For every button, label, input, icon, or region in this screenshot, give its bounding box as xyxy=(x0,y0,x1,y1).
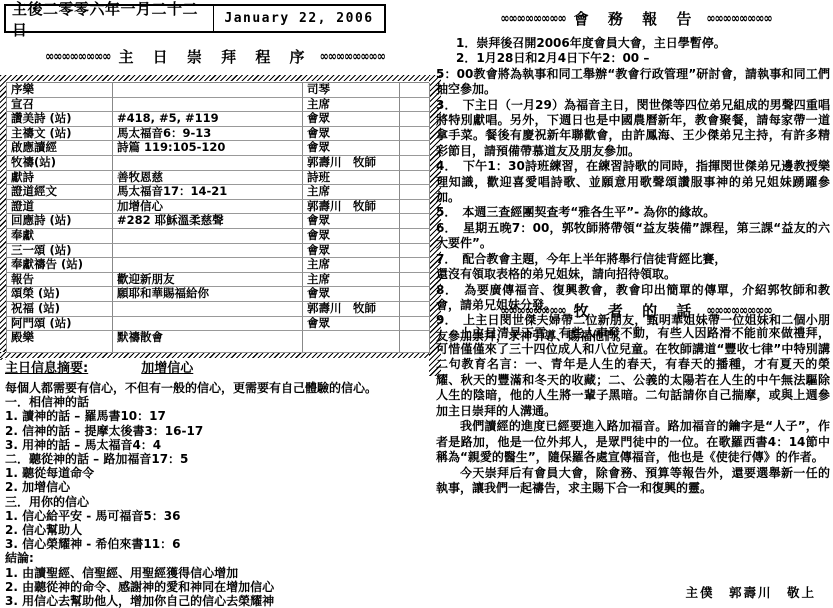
scroll-ornament-icon: ∞∞∞∞∞∞∞∞ xyxy=(45,49,110,65)
program-spacer-cell xyxy=(400,127,430,142)
program-who-cell: 會眾 xyxy=(303,287,400,302)
scroll-ornament-icon: ∞∞∞∞∞∞∞∞ xyxy=(500,303,565,319)
program-who-cell: 郭壽川 牧師 xyxy=(303,156,400,171)
program-spacer-cell xyxy=(400,287,430,302)
program-who-cell: 會眾 xyxy=(303,127,400,142)
program-item-cell: 報告 xyxy=(7,273,113,288)
program-who-cell: 郭壽川 牧師 xyxy=(303,200,400,215)
hatch-border-top xyxy=(0,75,441,81)
outline-line: 3. 用信心去幫助他人，增加你自己的信心去榮耀神 xyxy=(5,594,433,608)
announcement-item: 2．1月28日和2月4日下午2：00 – xyxy=(436,51,830,66)
program-who-cell: 主席 xyxy=(303,98,400,113)
announcements-list: 1．崇拜後召開2006年度會員大會，主日學暫停。2．1月28日和2月4日下午2：… xyxy=(436,36,830,344)
program-item-cell: 宣召 xyxy=(7,98,113,113)
program-content-cell: 加增信心 xyxy=(113,200,303,215)
outline-line: 3. 用神的話 – 馬太福音4：4 xyxy=(5,438,433,452)
announcement-item: 5：00教會將為執事和同工舉辦“教會行政管理”研討會，請執事和同工們抽空參加。 xyxy=(436,67,830,98)
program-content-cell xyxy=(113,83,303,98)
announcement-item: 4． 下午1：30詩班練習，在練習詩歌的同時，指揮閔世傑弟兄邊教授樂理知識，歡迎… xyxy=(436,159,830,205)
announcement-item: 5． 本週三查經團契查考“雅各生平”- 為你的緣故。 xyxy=(436,205,830,220)
scroll-ornament-icon: ∞∞∞∞∞∞∞∞ xyxy=(706,303,771,319)
outline-line: 一．相信神的話 xyxy=(5,395,433,409)
program-who-cell: 會眾 xyxy=(303,141,400,156)
announcement-item: 7． 配合教會主題，今年上半年將舉行信徒背經比賽， xyxy=(436,252,830,267)
program-content-cell: #418, #5, #119 xyxy=(113,112,303,127)
program-content-cell: 默禱散會 xyxy=(113,331,303,353)
pastor-words-body: 上主日清早下雪，有些人車發不動，有些人因路滑不能前來做禮拜，可惜僅僅來了三十四位… xyxy=(436,326,830,497)
worship-order-title: ∞∞∞∞∞∞∞∞ 主 日 崇 拜 程 序 ∞∞∞∞∞∞∞∞ xyxy=(0,46,430,67)
program-spacer-cell xyxy=(400,98,430,113)
program-spacer-cell xyxy=(400,302,430,317)
program-who-cell: 主席 xyxy=(303,258,400,273)
pastor-signature: 主僕 郭壽川 敬上 xyxy=(436,583,816,601)
program-who-cell xyxy=(303,331,400,353)
church-report-title-text: 會 務 報 告 xyxy=(574,8,699,29)
program-spacer-cell xyxy=(400,273,430,288)
program-item-cell: 證道 xyxy=(7,200,113,215)
program-content-cell: #282 耶穌溫柔慈聲 xyxy=(113,214,303,229)
program-item-cell: 讚美詩 (站) xyxy=(7,112,113,127)
worship-order-title-text: 主 日 崇 拜 程 序 xyxy=(118,46,311,67)
program-item-cell: 回應詩 (站) xyxy=(7,214,113,229)
outline-line: 二．聽從神的話 – 路加福音17：5 xyxy=(5,452,433,466)
announcement-item: 3． 下主日（一月29）為福音主日，閔世傑等四位弟兄組成的男聲四重唱將特別獻唱。… xyxy=(436,98,830,160)
program-item-cell: 序樂 xyxy=(7,83,113,98)
pastor-paragraph: 今天崇拜后有會員大會，除會務、預算等報告外，還要選舉新一任的執事，讓我們一起禱告… xyxy=(436,466,830,497)
program-who-cell: 詩班 xyxy=(303,171,400,186)
sermon-summary-title: 加增信心 xyxy=(141,361,193,376)
pastor-paragraph: 上主日清早下雪，有些人車發不動，有些人因路滑不能前來做禮拜，可惜僅僅來了三十四位… xyxy=(436,326,830,419)
outline-line: 1. 聽從每道命令 xyxy=(5,466,433,480)
outline-line: 每個人都需要有信心，不但有一般的信心，更需要有自己體驗的信心。 xyxy=(5,381,433,395)
program-spacer-cell xyxy=(400,258,430,273)
program-item-cell: 啟應讀經 xyxy=(7,141,113,156)
sermon-outline: 每個人都需要有信心，不但有一般的信心，更需要有自己體驗的信心。一．相信神的話1.… xyxy=(5,381,433,608)
outline-line: 結論: xyxy=(5,551,433,565)
scroll-ornament-icon: ∞∞∞∞∞∞∞∞ xyxy=(500,11,565,27)
program-item-cell: 奉獻禱告 (站) xyxy=(7,258,113,273)
outline-line: 1. 讀神的話 – 羅馬書10：17 xyxy=(5,409,433,423)
worship-program-table: 序樂司琴宣召主席讚美詩 (站)#418, #5, #119會眾主禱文 (站)馬太… xyxy=(6,82,429,352)
scroll-ornament-icon: ∞∞∞∞∞∞∞∞ xyxy=(706,11,771,27)
program-who-cell: 主席 xyxy=(303,273,400,288)
program-content-cell: 馬太福音17：14-21 xyxy=(113,185,303,200)
program-item-cell: 祝福 (站) xyxy=(7,302,113,317)
church-report-title: ∞∞∞∞∞∞∞∞ 會 務 報 告 ∞∞∞∞∞∞∞∞ xyxy=(440,8,832,29)
pastor-words-title: ∞∞∞∞∞∞∞∞ 牧 者 的 話 ∞∞∞∞∞∞∞∞ xyxy=(440,300,832,321)
date-header-box: 主後二零零六年一月二十二日 January 22, 2006 xyxy=(4,4,386,33)
program-who-cell: 司琴 xyxy=(303,83,400,98)
program-item-cell: 奉獻 xyxy=(7,229,113,244)
outline-line: 3. 信心榮耀神 - 希伯來書11：6 xyxy=(5,537,433,551)
program-spacer-cell xyxy=(400,83,430,98)
program-spacer-cell xyxy=(400,156,430,171)
program-item-cell: 頌榮 (站) xyxy=(7,287,113,302)
program-who-cell: 會眾 xyxy=(303,214,400,229)
program-spacer-cell xyxy=(400,331,430,353)
program-item-cell: 三一頌 (站) xyxy=(7,244,113,259)
program-content-cell: 馬太福音6：9-13 xyxy=(113,127,303,142)
program-item-cell: 殿樂 xyxy=(7,331,113,353)
pastor-words-title-text: 牧 者 的 話 xyxy=(574,300,699,321)
program-spacer-cell xyxy=(400,200,430,215)
program-item-cell: 牧禱(站) xyxy=(7,156,113,171)
outline-line: 2. 加增信心 xyxy=(5,480,433,494)
program-who-cell: 會眾 xyxy=(303,112,400,127)
program-spacer-cell xyxy=(400,141,430,156)
outline-line: 三．用你的信心 xyxy=(5,495,433,509)
date-chinese: 主後二零零六年一月二十二日 xyxy=(6,6,214,31)
program-content-cell xyxy=(113,302,303,317)
announcement-item: 還沒有領取表格的弟兄姐妹，請向招待領取。 xyxy=(436,267,830,282)
program-content-cell: 善牧恩慈 xyxy=(113,171,303,186)
announcement-item: 1．崇拜後召開2006年度會員大會，主日學暫停。 xyxy=(436,36,830,51)
church-bulletin-page: 主後二零零六年一月二十二日 January 22, 2006 ∞∞∞∞∞∞∞∞ … xyxy=(0,0,833,608)
program-item-cell: 證道經文 xyxy=(7,185,113,200)
program-spacer-cell xyxy=(400,185,430,200)
outline-line: 1. 信心給平安 - 馬可福音5：36 xyxy=(5,509,433,523)
program-content-cell xyxy=(113,229,303,244)
program-who-cell: 主席 xyxy=(303,185,400,200)
program-item-cell: 阿門頌 (站) xyxy=(7,317,113,332)
outline-line: 2. 信心幫助人 xyxy=(5,523,433,537)
program-who-cell: 會眾 xyxy=(303,229,400,244)
program-who-cell: 郭壽川 牧師 xyxy=(303,302,400,317)
scroll-ornament-icon: ∞∞∞∞∞∞∞∞ xyxy=(320,49,385,65)
outline-line: 2. 由聽從神的命令、感謝神的愛和神同在增加信心 xyxy=(5,580,433,594)
program-spacer-cell xyxy=(400,171,430,186)
program-spacer-cell xyxy=(400,317,430,332)
program-content-cell xyxy=(113,258,303,273)
program-who-cell: 會眾 xyxy=(303,244,400,259)
program-content-cell xyxy=(113,244,303,259)
outline-line: 2. 信神的話 – 提摩太後書3：16-17 xyxy=(5,424,433,438)
date-english: January 22, 2006 xyxy=(214,11,384,26)
program-content-cell: 願耶和華賜福給你 xyxy=(113,287,303,302)
sermon-summary-label: 主日信息摘要: xyxy=(5,361,88,376)
program-content-cell xyxy=(113,156,303,171)
program-spacer-cell xyxy=(400,244,430,259)
program-content-cell xyxy=(113,98,303,113)
program-spacer-cell xyxy=(400,214,430,229)
program-spacer-cell xyxy=(400,112,430,127)
program-spacer-cell xyxy=(400,229,430,244)
announcement-item: 6． 星期五晚7：00，郭牧師將帶領“益友裝備”課程，第三課“益友的六大要件”。 xyxy=(436,221,830,252)
program-content-cell xyxy=(113,317,303,332)
sermon-summary-line: 主日信息摘要: 加增信心 xyxy=(5,357,193,376)
program-item-cell: 主禱文 (站) xyxy=(7,127,113,142)
program-item-cell: 獻詩 xyxy=(7,171,113,186)
pastor-paragraph: 我們讀經的進度已經要進入路加福音。路加福音的鑰字是“人子”，作者是路加，他是一位… xyxy=(436,419,830,466)
program-who-cell: 會眾 xyxy=(303,317,400,332)
program-content-cell: 詩篇 119:105-120 xyxy=(113,141,303,156)
outline-line: 1. 由讀聖經、信聖經、用聖經獲得信心增加 xyxy=(5,566,433,580)
program-content-cell: 歡迎新朋友 xyxy=(113,273,303,288)
